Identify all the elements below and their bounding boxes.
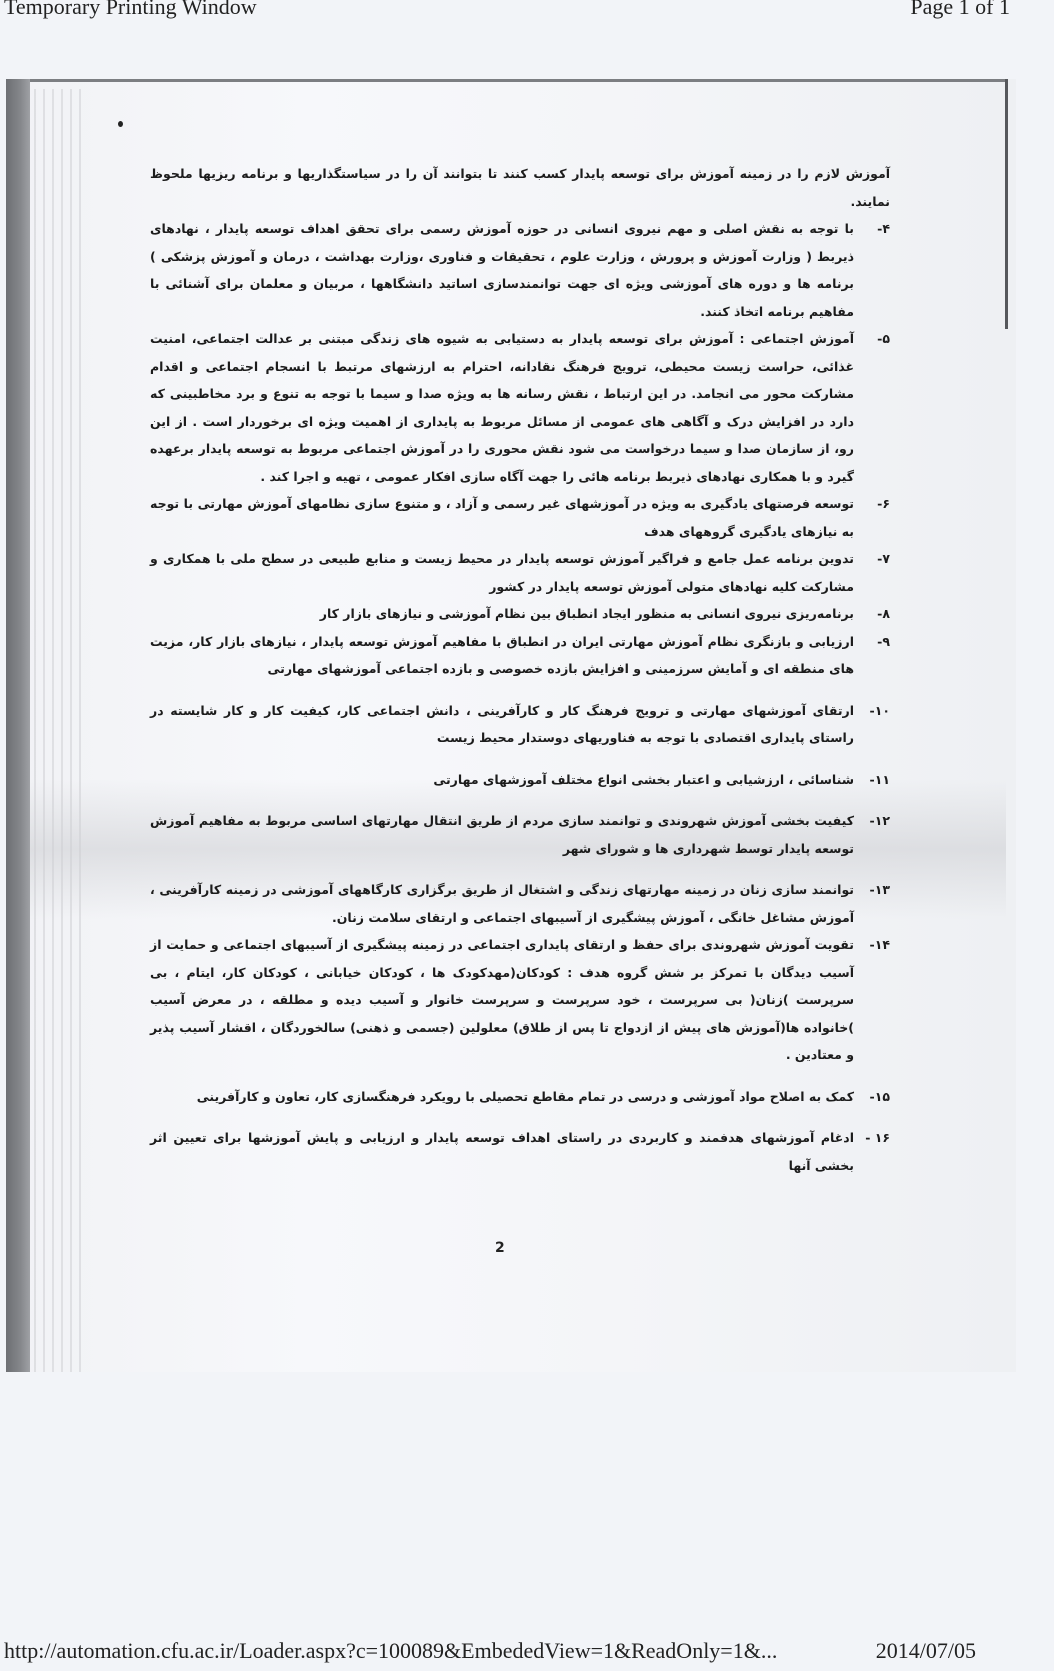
item-text: با توجه به نقش اصلی و مهم نیروی انسانی د… <box>150 215 854 325</box>
item-number: ۱۶ - <box>854 1124 890 1179</box>
page-top-edge <box>30 79 1006 82</box>
print-footer: http://automation.cfu.ac.ir/Loader.aspx?… <box>0 1638 1054 1668</box>
list-item: ۱۰- ارتقای آموزشهای مهارتی و ترویج فرهنگ… <box>150 697 890 752</box>
document-body: آموزش لازم را در زمینه آموزش برای توسعه … <box>150 160 890 1179</box>
list-item: ۴- با توجه به نقش اصلی و مهم نیروی انسان… <box>150 215 890 325</box>
page-indicator: Page 1 of 1 <box>910 0 1010 20</box>
list-item: ۱۳- توانمند سازی زنان در زمینه مهارتهای … <box>150 876 890 931</box>
item-text: آموزش اجتماعی : آموزش برای توسعه پایدار … <box>150 325 854 490</box>
list-item: ۱۴- تقویت آموزش شهروندی برای حفظ و ارتقا… <box>150 931 890 1069</box>
item-text: تقویت آموزش شهروندی برای حفظ و ارتقای پا… <box>150 931 854 1069</box>
item-text: کیفیت بخشی آموزش شهروندی و توانمند سازی … <box>150 807 854 862</box>
item-number: ۸- <box>854 600 890 628</box>
intro-paragraph: آموزش لازم را در زمینه آموزش برای توسعه … <box>150 160 890 215</box>
list-item: ۱۵- کمک به اصلاح مواد آموزشی و درسی در ت… <box>150 1083 890 1111</box>
item-number: ۱۱- <box>854 766 890 794</box>
page-right-edge <box>1005 79 1008 329</box>
list-item: ۸- برنامەریزی نیروی انسانی به منظور ایجا… <box>150 600 890 628</box>
item-number: ۱۴- <box>854 931 890 1069</box>
item-text: برنامەریزی نیروی انسانی به منظور ایجاد ا… <box>150 600 854 628</box>
item-text: توانمند سازی زنان در زمینه مهارتهای زندگ… <box>150 876 854 931</box>
window-title: Temporary Printing Window <box>4 0 257 20</box>
item-number: ۹- <box>854 628 890 683</box>
item-number: ۷- <box>854 545 890 600</box>
list-item: ۵- آموزش اجتماعی : آموزش برای توسعه پاید… <box>150 325 890 490</box>
item-number: ۴- <box>854 215 890 325</box>
source-url: http://automation.cfu.ac.ir/Loader.aspx?… <box>4 1638 777 1664</box>
item-number: ۱۵- <box>854 1083 890 1111</box>
item-text: شناسائی ، ارزشیابی و اعتبار بخشی انواع م… <box>150 766 854 794</box>
item-number: ۶- <box>854 490 890 545</box>
item-text: ادغام آموزشهای هدفمند و کاربردی در راستا… <box>150 1124 854 1179</box>
item-text: توسعه فرصتهای یادگیری به ویژه در آموزشها… <box>150 490 854 545</box>
binding-lines <box>34 89 84 1372</box>
item-text: کمک به اصلاح مواد آموزشی و درسی در تمام … <box>150 1083 854 1111</box>
item-text: ارتقای آموزشهای مهارتی و ترویج فرهنگ کار… <box>150 697 854 752</box>
list-item: ۱۶ - ادغام آموزشهای هدفمند و کاربردی در … <box>150 1124 890 1179</box>
item-number: ۱۰- <box>854 697 890 752</box>
print-header: Temporary Printing Window Page 1 of 1 <box>0 0 1054 22</box>
binding-shadow <box>6 79 30 1372</box>
item-text: تدوین برنامه عمل جامع و فراگیر آموزش توس… <box>150 545 854 600</box>
item-number: ۱۲- <box>854 807 890 862</box>
scan-speck <box>118 121 123 127</box>
list-item: ۹- ارزیابی و بازنگری نظام آموزش مهارتی ا… <box>150 628 890 683</box>
item-text: ارزیابی و بازنگری نظام آموزش مهارتی ایرا… <box>150 628 854 683</box>
item-number: ۱۳- <box>854 876 890 931</box>
list-item: ۱۲- کیفیت بخشی آموزش شهروندی و توانمند س… <box>150 807 890 862</box>
list-item: ۶- توسعه فرصتهای یادگیری به ویژه در آموز… <box>150 490 890 545</box>
list-item: ۱۱- شناسائی ، ارزشیابی و اعتبار بخشی انو… <box>150 766 890 794</box>
item-number: ۵- <box>854 325 890 490</box>
page-number: 2 <box>495 1240 505 1256</box>
list-item: ۷- تدوین برنامه عمل جامع و فراگیر آموزش … <box>150 545 890 600</box>
print-date: 2014/07/05 <box>876 1638 976 1664</box>
